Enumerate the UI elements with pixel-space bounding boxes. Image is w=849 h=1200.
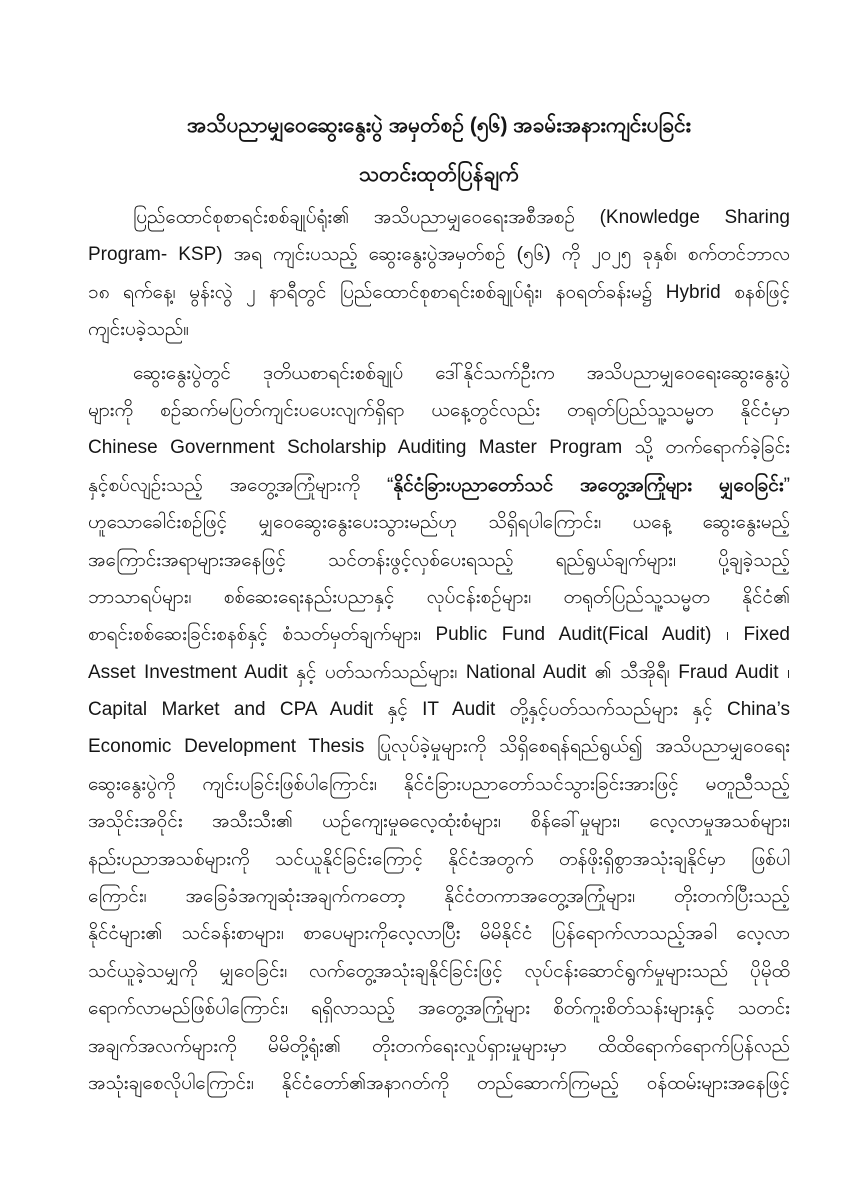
- text-line: ကျင်းပခဲ့သည်။: [88, 311, 790, 348]
- text-line: များကို စဉ်ဆက်မပြတ်ကျင်းပပေးလျက်ရှိရာ ယန…: [88, 392, 790, 429]
- title-line: အသိပညာမျှဝေဆွေးနွေးပွဲ အမှတ်စဉ် (၅၆) အခမ…: [88, 101, 790, 150]
- quoted-topic-bold: နိုင်ငံခြားပညာတော်သင် အတွေ့အကြုံများ မျှ…: [393, 475, 783, 496]
- text-line: ဆွေးနွေးပွဲတွင် ဒုတိယစာရင်းစစ်ချုပ် ဒေါ်…: [88, 355, 790, 392]
- quote-pre-text: နှင့်စပ်လျဉ်းသည့် အတွေ့အကြုံများကို “: [88, 475, 393, 496]
- press-release-subtitle: သတင်းထုတ်ပြန်ချက်: [88, 150, 790, 199]
- text-line: ရောက်လာမည်ဖြစ်ပါကြောင်း၊ ရရှိလာသည့် အတွေ…: [88, 990, 790, 1027]
- text-line: အကြောင်းအရာများအနေဖြင့် သင်တန်းဖွင့်လှစ်…: [88, 542, 790, 579]
- text-line: အသုံးချစေလိုပါကြောင်း၊ နိုင်ငံတော်၏အနာဂတ…: [88, 1065, 790, 1102]
- text-line: သင်ယူခဲ့သမျှကို မျှဝေခြင်း၊ လက်တွေ့အသုံး…: [88, 953, 790, 990]
- text-line: အချက်အလက်များကို မိမိတို့ရုံး၏ တိုးတက်ရေ…: [88, 1028, 790, 1065]
- text-line: နိုင်ငံများ၏ သင်ခန်းစာများ၊ စာပေများကိုလ…: [88, 915, 790, 952]
- text-line: ဘာသာရပ်များ၊ စစ်ဆေးရေးနည်းပညာနှင့် လုပ်င…: [88, 579, 790, 616]
- paragraph-discussion: ဆွေးနွေးပွဲတွင် ဒုတိယစာရင်းစစ်ချုပ် ဒေါ်…: [88, 355, 790, 1103]
- text-line: နည်းပညာအသစ်များကို သင်ယူနိုင်ခြင်းကြောင့…: [88, 841, 790, 878]
- text-line: စာရင်းစစ်ဆေးခြင်းစနစ်နှင့် စံသတ်မှတ်ချက်…: [88, 616, 790, 653]
- text-line: Chinese Government Scholarship Auditing …: [88, 429, 790, 466]
- text-line: အသိုင်းအဝိုင်း အသီးသီး၏ ယဉ်ကျေးမှုဓလေ့ထု…: [88, 803, 790, 840]
- paragraph-intro: ပြည်ထောင်စုစာရင်းစစ်ချုပ်ရုံး၏ အသိပညာမျှ…: [88, 199, 790, 349]
- text-line: ဟူသောခေါင်းစဉ်ဖြင့် မျှဝေဆွေးနွေးပေးသွား…: [88, 504, 790, 541]
- text-line: Program- KSP) အရ ကျင်းပသည့် ဆွေးနွေးပွဲအ…: [88, 236, 790, 273]
- text-line: ကြောင်း၊ အခြေခံအကျဆုံးအချက်ကတော့ နိုင်ငံ…: [88, 878, 790, 915]
- text-line: ဆွေးနွေးပွဲကို ကျင်းပခြင်းဖြစ်ပါကြောင်း၊…: [88, 766, 790, 803]
- text-line: Capital Market and CPA Audit နှင့် IT Au…: [88, 691, 790, 728]
- text-line: Asset Investment Audit နှင့် ပတ်သက်သည်မျ…: [88, 654, 790, 691]
- document-page: အသိပညာမျှဝေဆွေးနွေးပွဲ အမှတ်စဉ် (၅၆) အခမ…: [0, 0, 849, 1200]
- quote-post-text: ”: [784, 475, 790, 496]
- document-content: အသိပညာမျှဝေဆွေးနွေးပွဲ အမှတ်စဉ် (၅၆) အခမ…: [88, 101, 790, 1102]
- text-line-with-quote: နှင့်စပ်လျဉ်းသည့် အတွေ့အကြုံများကို “နို…: [88, 467, 790, 504]
- document-title: အသိပညာမျှဝေဆွေးနွေးပွဲ အမှတ်စဉ် (၅၆) အခမ…: [88, 101, 790, 199]
- text-line: Economic Development Thesis ပြုလုပ်ခဲ့မှ…: [88, 728, 790, 765]
- text-line: ပြည်ထောင်စုစာရင်းစစ်ချုပ်ရုံး၏ အသိပညာမျှ…: [88, 199, 790, 236]
- text-line: ၁၈ ရက်နေ့၊ မွန်းလွဲ ၂ နာရီတွင် ပြည်ထောင်…: [88, 274, 790, 311]
